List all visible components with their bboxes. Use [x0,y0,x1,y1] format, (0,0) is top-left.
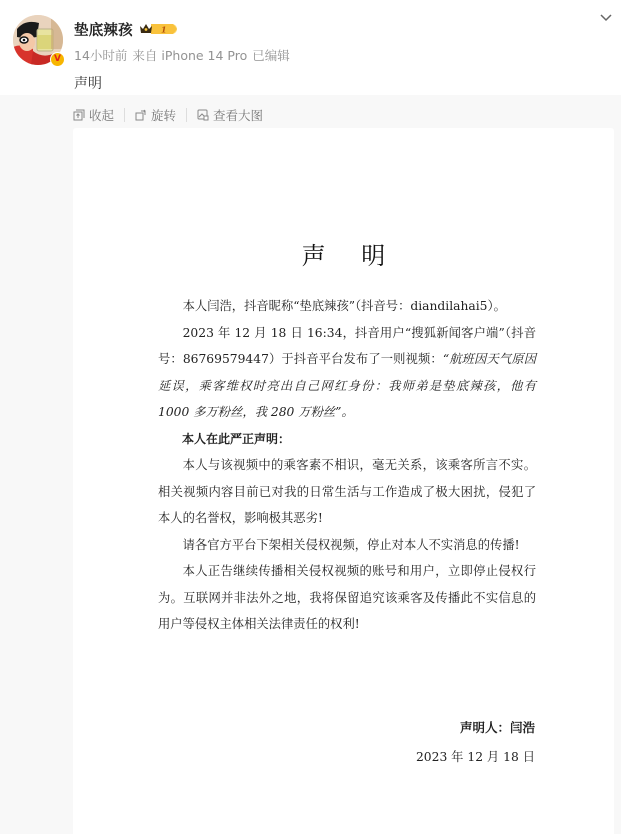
post-text: 声明 [74,73,102,93]
view-large-image-label: 查看大图 [213,106,263,124]
paragraph-request: 请各官方平台下架相关侵权视频，停止对本人不实消息的传播! [158,532,536,559]
post-header: V 垫底辣孩 1 14小时前来自 iPhone 14 Pro已编辑 声明 [0,0,621,95]
sign-date: 2023 年 12 月 18 日 [416,747,535,765]
username[interactable]: 垫底辣孩 [74,19,133,40]
verified-badge-icon: V [50,52,65,67]
toolbar-divider [186,108,187,122]
view-large-image-icon [197,109,209,121]
collapse-label: 收起 [89,106,114,124]
rotate-button[interactable]: 旋转 [135,106,176,124]
paragraph-identity: 本人闫浩，抖音昵称“垫底辣孩”（抖音号：diandilahai5）。 [158,293,536,320]
declaration-heading: 本人在此严正声明： [158,426,536,453]
toolbar-divider [124,108,125,122]
member-crown-level-badge-icon[interactable]: 1 [139,22,179,36]
svg-text:1: 1 [161,25,167,35]
document-title: 声 明 [73,236,614,271]
paragraph-denial: 本人与该视频中的乘客素不相识，毫无关系，该乘客所言不实。相关视频内容目前已对我的… [158,452,536,532]
rotate-icon [135,109,147,121]
signer: 声明人：闫浩 [460,718,535,736]
collapse-button[interactable]: 收起 [73,106,114,124]
paragraph-incident: 2023 年 12 月 18 日 16:34，抖音用户“搜狐新闻客户端”（抖音号… [158,320,536,426]
image-toolbar: 收起 旋转 查看大图 [73,106,263,124]
collapse-icon [73,109,85,121]
post-time[interactable]: 14小时前 [74,48,127,63]
document-body: 本人闫浩，抖音昵称“垫底辣孩”（抖音号：diandilahai5）。 2023 … [158,293,536,638]
chevron-down-icon[interactable] [598,12,614,24]
edited-label[interactable]: 已编辑 [252,48,290,63]
view-large-image-button[interactable]: 查看大图 [197,106,263,124]
rotate-label: 旋转 [151,106,176,124]
post-source: 来自 iPhone 14 Pro [132,48,247,63]
paragraph-warning: 本人正告继续传播相关侵权视频的账号和用户，立即停止侵权行为。互联网并非法外之地，… [158,558,536,638]
post-meta: 14小时前来自 iPhone 14 Pro已编辑 [74,46,295,64]
statement-image[interactable]: 声 明 本人闫浩，抖音昵称“垫底辣孩”（抖音号：diandilahai5）。 2… [73,128,614,834]
